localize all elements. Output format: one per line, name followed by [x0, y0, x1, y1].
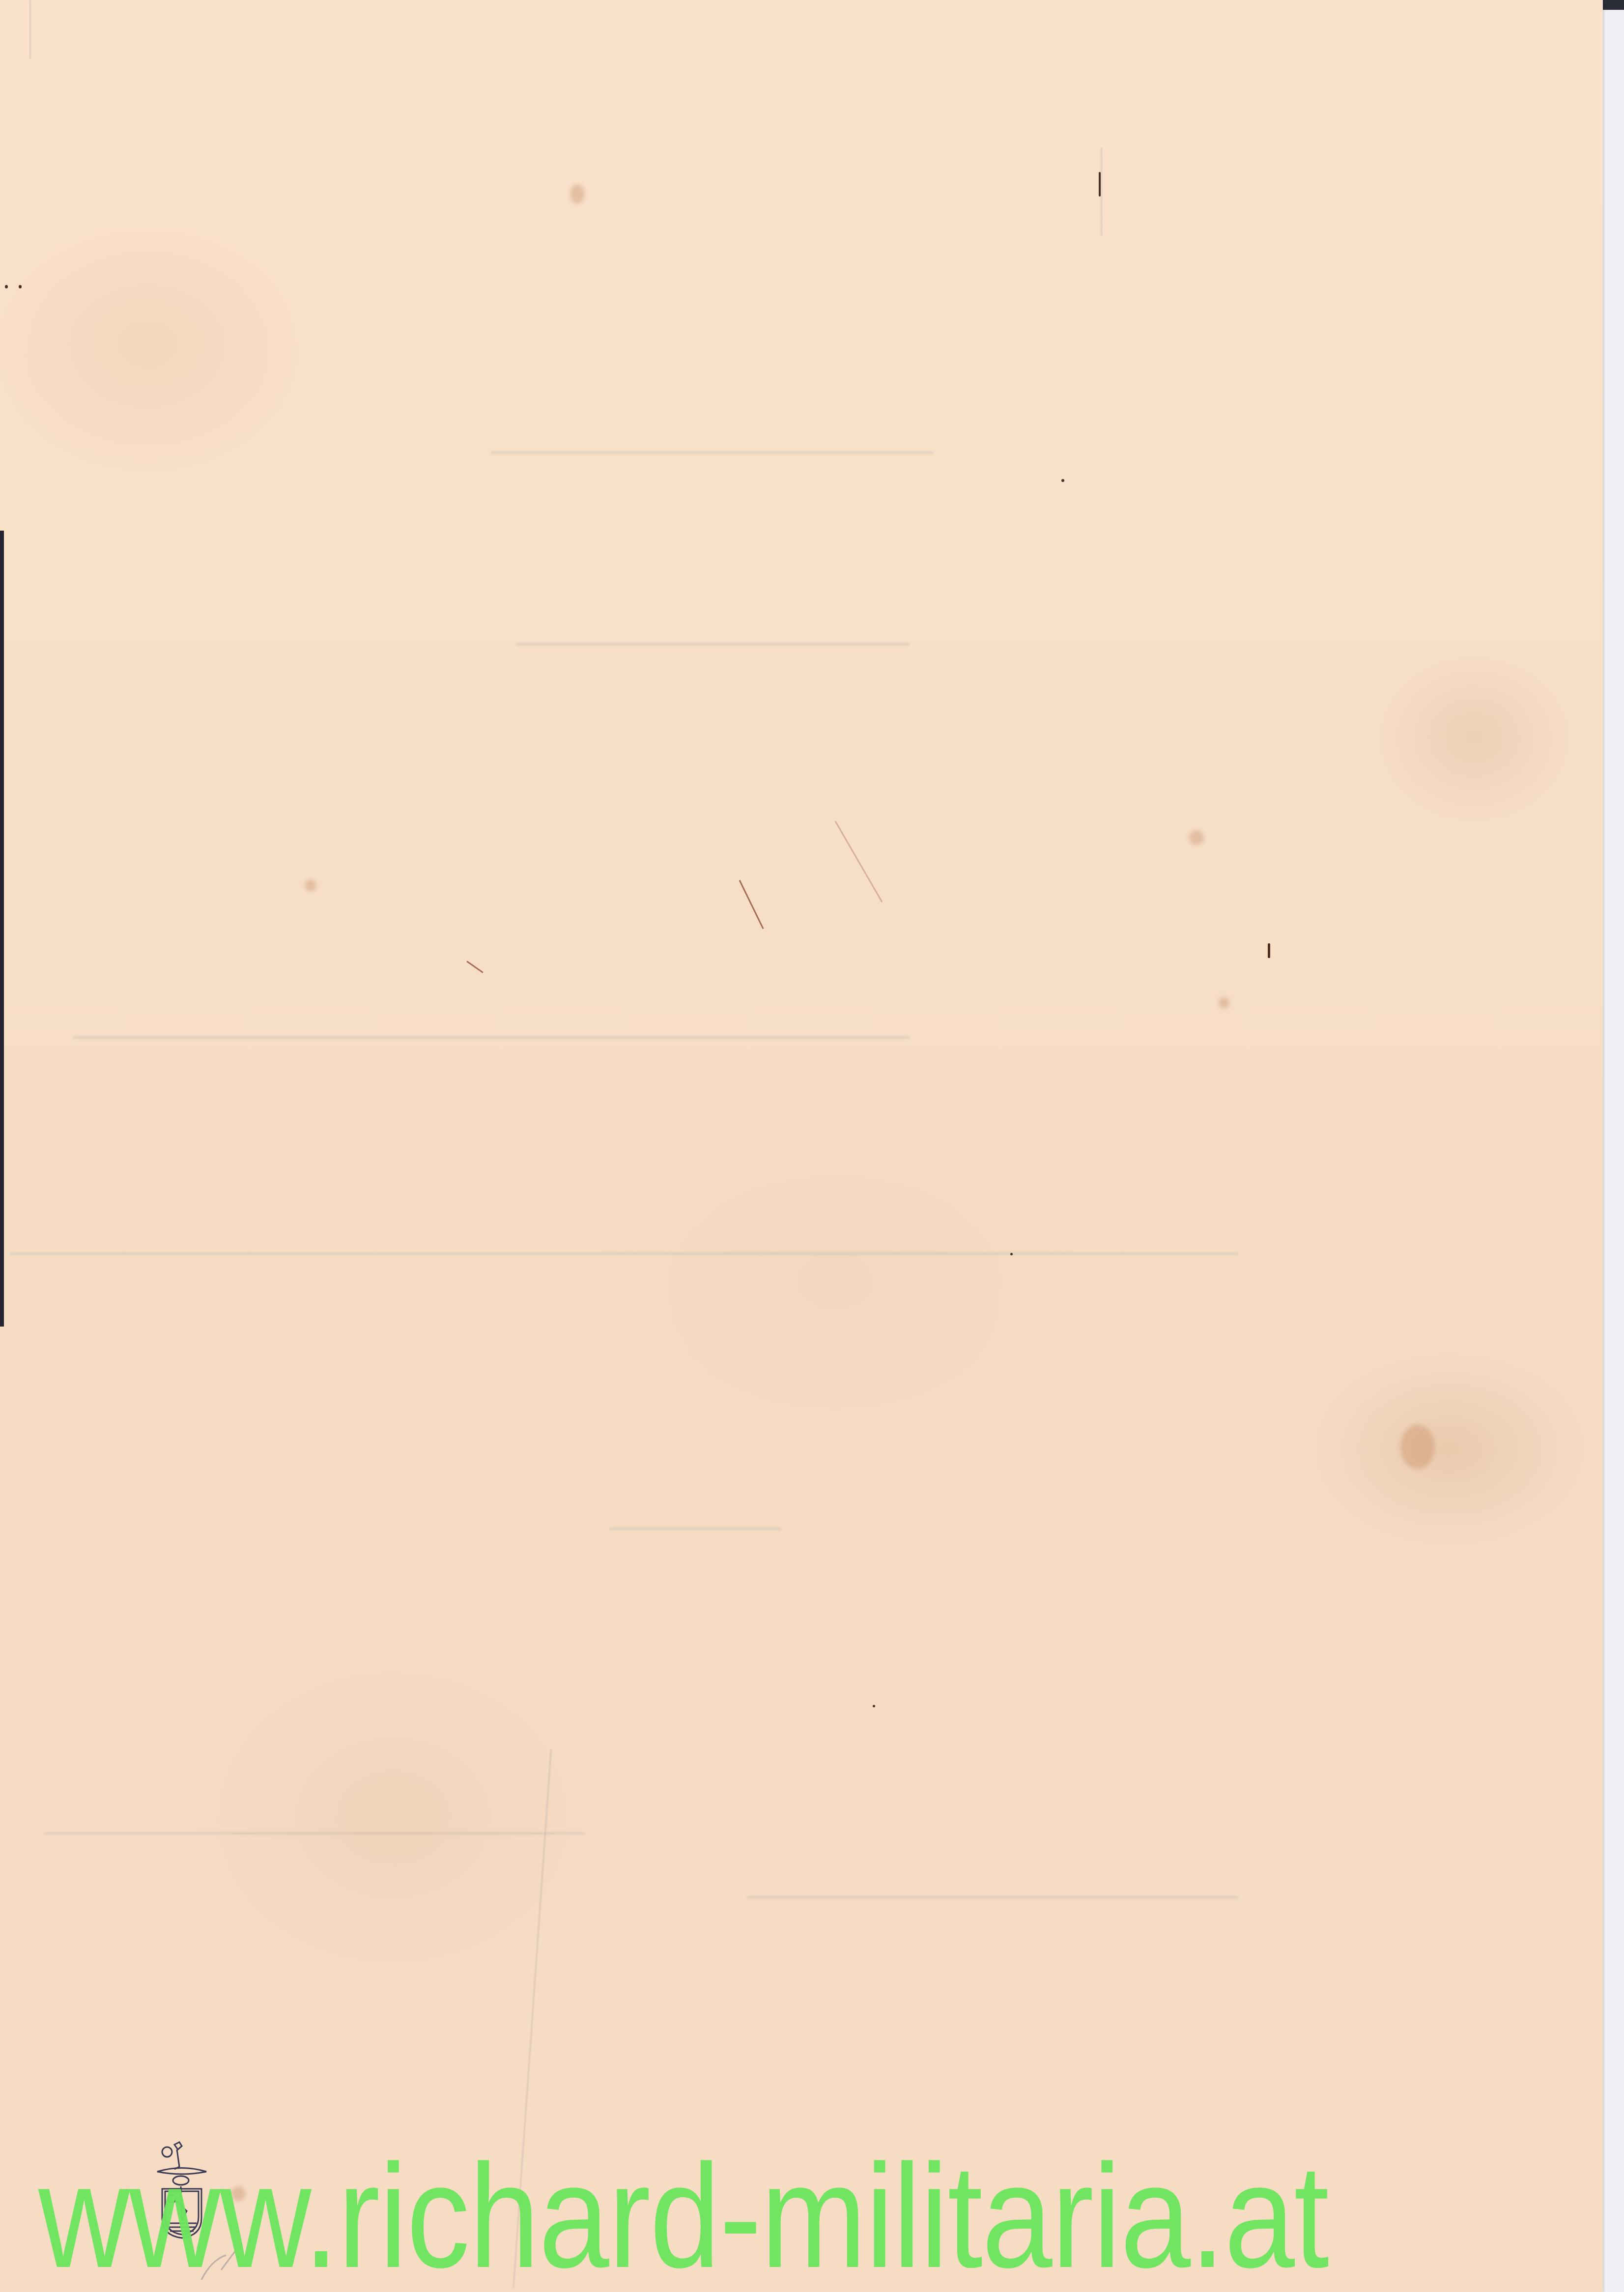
crease: [1101, 147, 1102, 236]
scratch: [835, 821, 883, 903]
speck: [5, 285, 8, 288]
stain: [305, 879, 316, 891]
scratch: [739, 880, 764, 929]
speck: [1061, 479, 1064, 482]
fold-line: [491, 452, 934, 453]
stain: [570, 184, 585, 204]
fold-line: [74, 1037, 909, 1038]
speck: [873, 1705, 875, 1707]
speck: [1099, 172, 1101, 197]
fold-line: [516, 644, 909, 645]
pencil-mark: [197, 2240, 265, 2290]
stain: [1189, 830, 1204, 845]
fold-line: [747, 1896, 1238, 1898]
speck: [1010, 1253, 1013, 1255]
fold-line: [10, 1253, 1238, 1254]
crease: [513, 1749, 552, 2289]
crease: [29, 0, 31, 59]
sheet-left-shadow: [0, 531, 4, 1327]
scratch: [466, 961, 483, 973]
fold-line: [44, 1833, 585, 1834]
coat-of-arms-icon: [152, 2137, 211, 2240]
stain: [1400, 1425, 1435, 1469]
stain: [231, 2186, 246, 2201]
document-sheet: [0, 0, 1603, 2292]
fold-line: [609, 1528, 781, 1529]
speck: [1268, 943, 1270, 958]
speck: [19, 285, 22, 288]
stain: [1219, 997, 1229, 1008]
